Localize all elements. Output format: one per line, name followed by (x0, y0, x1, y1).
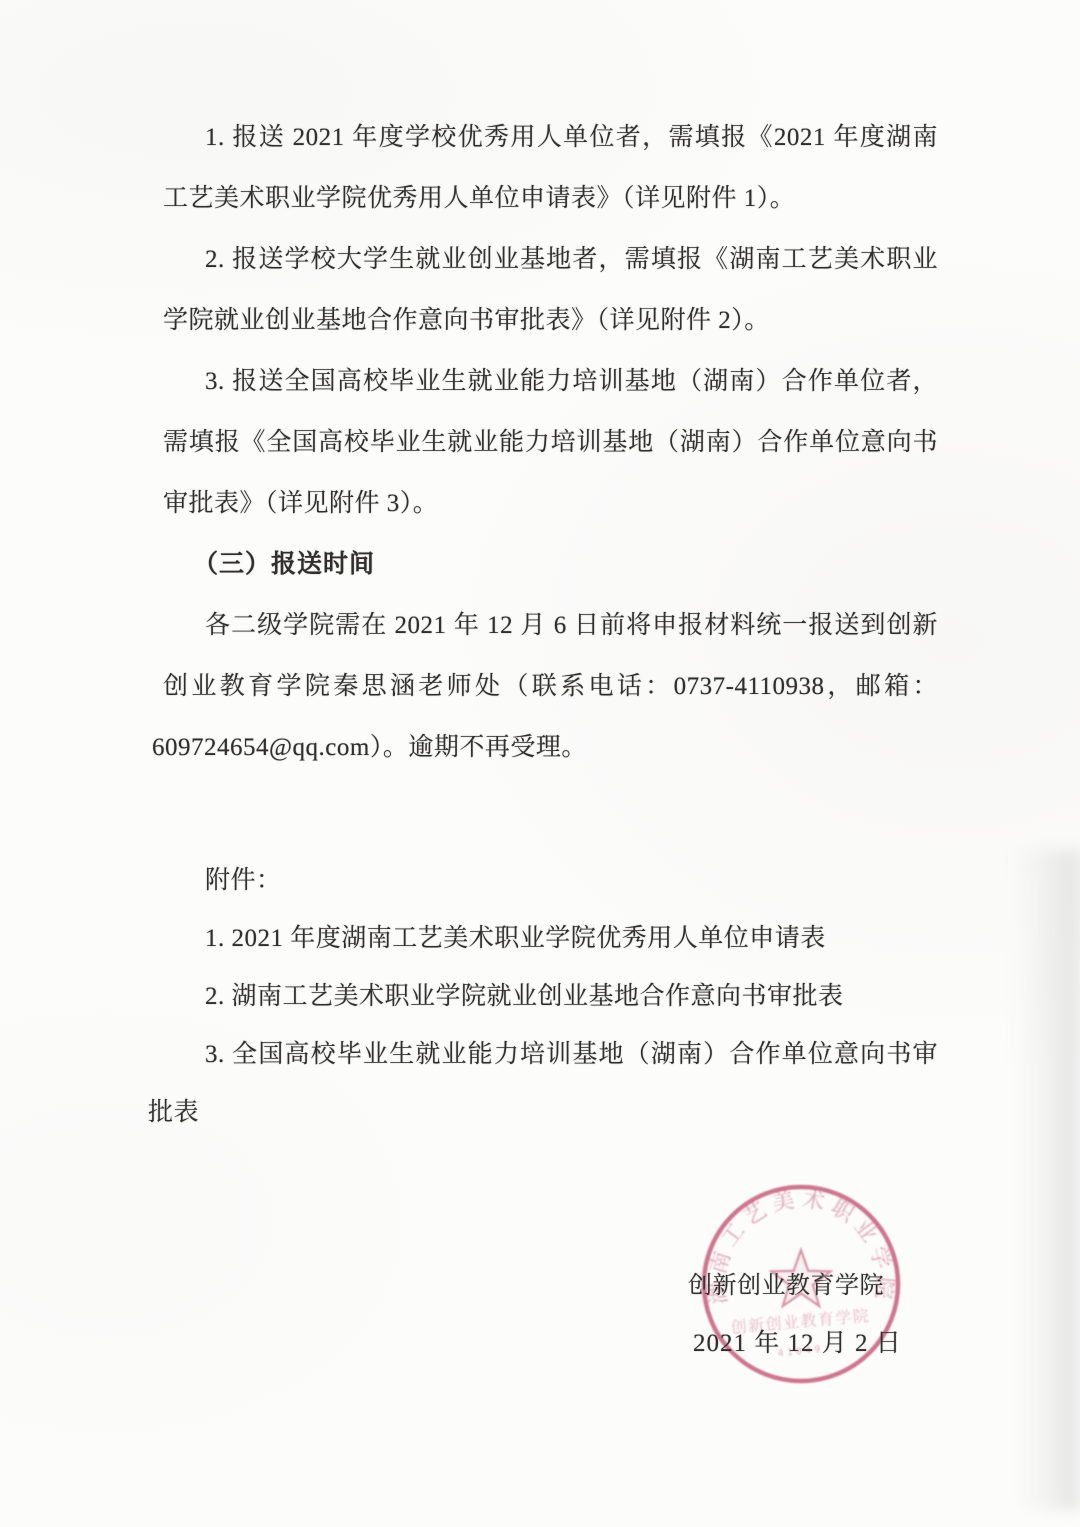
body-line-4: 学院就业创业基地合作意向书审批表》（详见附件 2）。 (163, 290, 938, 351)
body-line-10: 创业教育学院秦思涵老师处（联系电话：0737-4110938，邮箱： (163, 656, 938, 717)
body-line-7: 审批表》（详见附件 3）。 (163, 473, 938, 534)
body-line-2: 工艺美术职业学院优秀用人单位申请表》（详见附件 1）。 (163, 168, 938, 229)
body-line-11: 609724654@qq.com）。逾期不再受理。 (152, 717, 938, 778)
body-line-1: 1. 报送 2021 年度学校优秀用人单位者，需填报《2021 年度湖南 (163, 107, 938, 168)
body-line-5: 3. 报送全国高校毕业生就业能力培训基地（湖南）合作单位者， (163, 351, 938, 412)
body-line-3: 2. 报送学校大学生就业创业基地者，需填报《湖南工艺美术职业 (163, 229, 938, 290)
body-line-6: 需填报《全国高校毕业生就业能力培训基地（湖南）合作单位意向书 (163, 412, 938, 473)
attachment-item-1: 1. 2021 年度湖南工艺美术职业学院优秀用人单位申请表 (163, 910, 938, 968)
signature-unit: 创新创业教育学院 (688, 1258, 902, 1315)
attachments-list: 附件： 1. 2021 年度湖南工艺美术职业学院优秀用人单位申请表 2. 湖南工… (163, 852, 938, 1142)
attachment-item-2: 2. 湖南工艺美术职业学院就业创业基地合作意向书审批表 (163, 968, 938, 1026)
section-heading: （三）报送时间 (163, 534, 938, 595)
scan-shadow-band (994, 850, 1080, 1510)
attachments-label: 附件： (163, 852, 938, 910)
body-line-9: 各二级学院需在 2021 年 12 月 6 日前将申报材料统一报送到创新 (163, 595, 938, 656)
signature-block: 创新创业教育学院 2021 年 12 月 2 日 (688, 1258, 902, 1372)
scanned-document-page: 1. 报送 2021 年度学校优秀用人单位者，需填报《2021 年度湖南 工艺美… (0, 0, 1080, 1527)
attachment-item-3-carry: 批表 (148, 1084, 938, 1142)
document-body: 1. 报送 2021 年度学校优秀用人单位者，需填报《2021 年度湖南 工艺美… (163, 107, 938, 1142)
attachment-item-3: 3. 全国高校毕业生就业能力培训基地（湖南）合作单位意向书审 (163, 1026, 938, 1084)
signature-date: 2021 年 12 月 2 日 (693, 1315, 902, 1372)
section-gap (163, 778, 938, 852)
